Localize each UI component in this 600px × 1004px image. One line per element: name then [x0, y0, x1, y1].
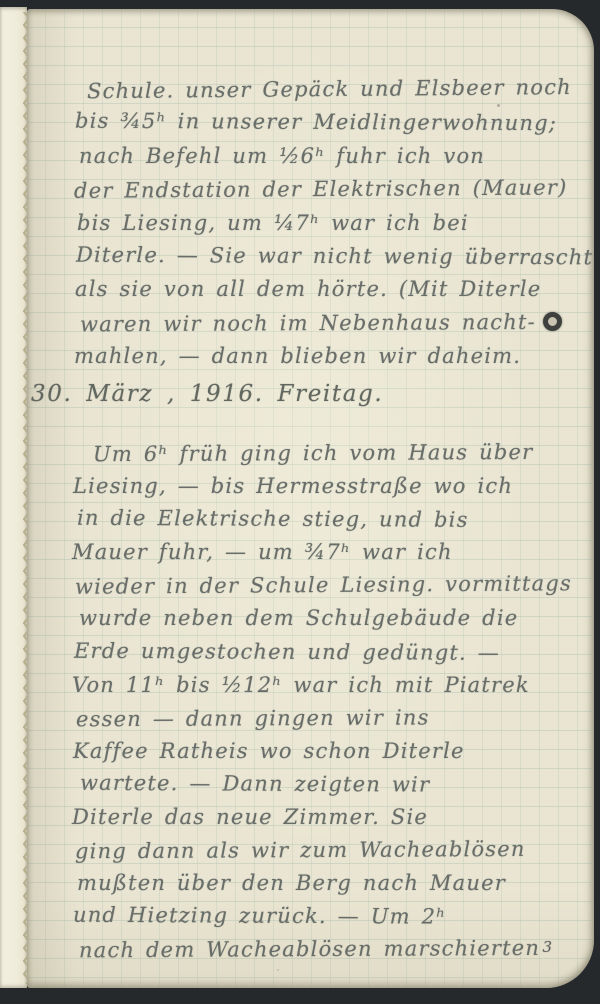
- handwritten-line: mußten über den Berg nach Mauer: [77, 867, 572, 900]
- handwritten-line: wurde neben dem Schulgebäude die: [79, 602, 572, 635]
- pencil-speck: [117, 649, 119, 652]
- handwritten-line: in die Elektrische stieg, und bis: [77, 502, 572, 538]
- diary-entry-continued: Schule. unser Gepäck und Elsbeer noch bi…: [73, 73, 593, 374]
- pencil-speck: [277, 969, 279, 971]
- diary-date-heading: 30. März , 1916. Freitag.: [31, 381, 383, 407]
- handwritten-line: waren wir noch im Nebenhaus nacht-: [80, 305, 593, 341]
- handwritten-line: nach dem Wacheablösen marschierten: [79, 932, 572, 968]
- handwritten-line: Erde umgestochen und gedüngt. —: [74, 634, 572, 670]
- handwritten-line: bis Liesing, um ¼7ʰ war ich bei: [77, 207, 593, 240]
- handwritten-line: bis ¾5ʰ in unserer Meidlingerwohnung;: [75, 105, 593, 141]
- handwritten-line: ging dann als wir zum Wacheablösen: [75, 833, 572, 869]
- handwritten-line: Kaffee Ratheis wo schon Diterle: [73, 735, 572, 768]
- handwritten-line: nach Befehl um ½6ʰ fuhr ich von: [79, 140, 593, 173]
- scanned-notebook-page: Schule. unser Gepäck und Elsbeer noch bi…: [0, 0, 600, 1004]
- handwritten-line: wartete. — Dann zeigten wir: [80, 767, 572, 803]
- diary-entry-main: Um 6ʰ früh ging ich vom Haus über Liesin…: [71, 437, 572, 967]
- handwritten-line: wieder in der Schule Liesing. vormittags: [75, 568, 572, 605]
- notebook-page: Schule. unser Gepäck und Elsbeer noch bi…: [27, 9, 594, 988]
- handwritten-line: mahlen, — dann blieben wir daheim.: [74, 340, 593, 373]
- handwritten-line: als sie von all dem hörte. (Mit Diterle: [75, 273, 593, 306]
- handwritten-line: Mauer fuhr, — um ¾7ʰ war ich: [72, 536, 572, 569]
- pencil-speck: [497, 104, 500, 107]
- handwritten-line: Diterle. — Sie war nicht wenig überrasch…: [76, 239, 593, 275]
- handwritten-line: Liesing, — bis Hermesstraße wo ich: [73, 470, 572, 503]
- handwritten-line: und Hietzing zurück. — Um 2ʰ: [73, 899, 572, 935]
- handwritten-line: essen — dann gingen wir ins: [76, 700, 572, 736]
- handwritten-line: Diterle das neue Zimmer. Sie: [72, 801, 572, 834]
- hole-ring-mark: [543, 312, 562, 331]
- handwritten-line: Von 11ʰ bis ½12ʰ war ich mit Piatrek: [72, 669, 572, 702]
- page-number: 3: [542, 938, 552, 956]
- handwritten-line: Um 6ʰ früh ging ich vom Haus über: [93, 436, 572, 472]
- handwritten-line: der Endstation der Elektrischen (Mauer): [74, 171, 593, 208]
- handwritten-line: Schule. unser Gepäck und Elsbeer noch: [87, 71, 593, 109]
